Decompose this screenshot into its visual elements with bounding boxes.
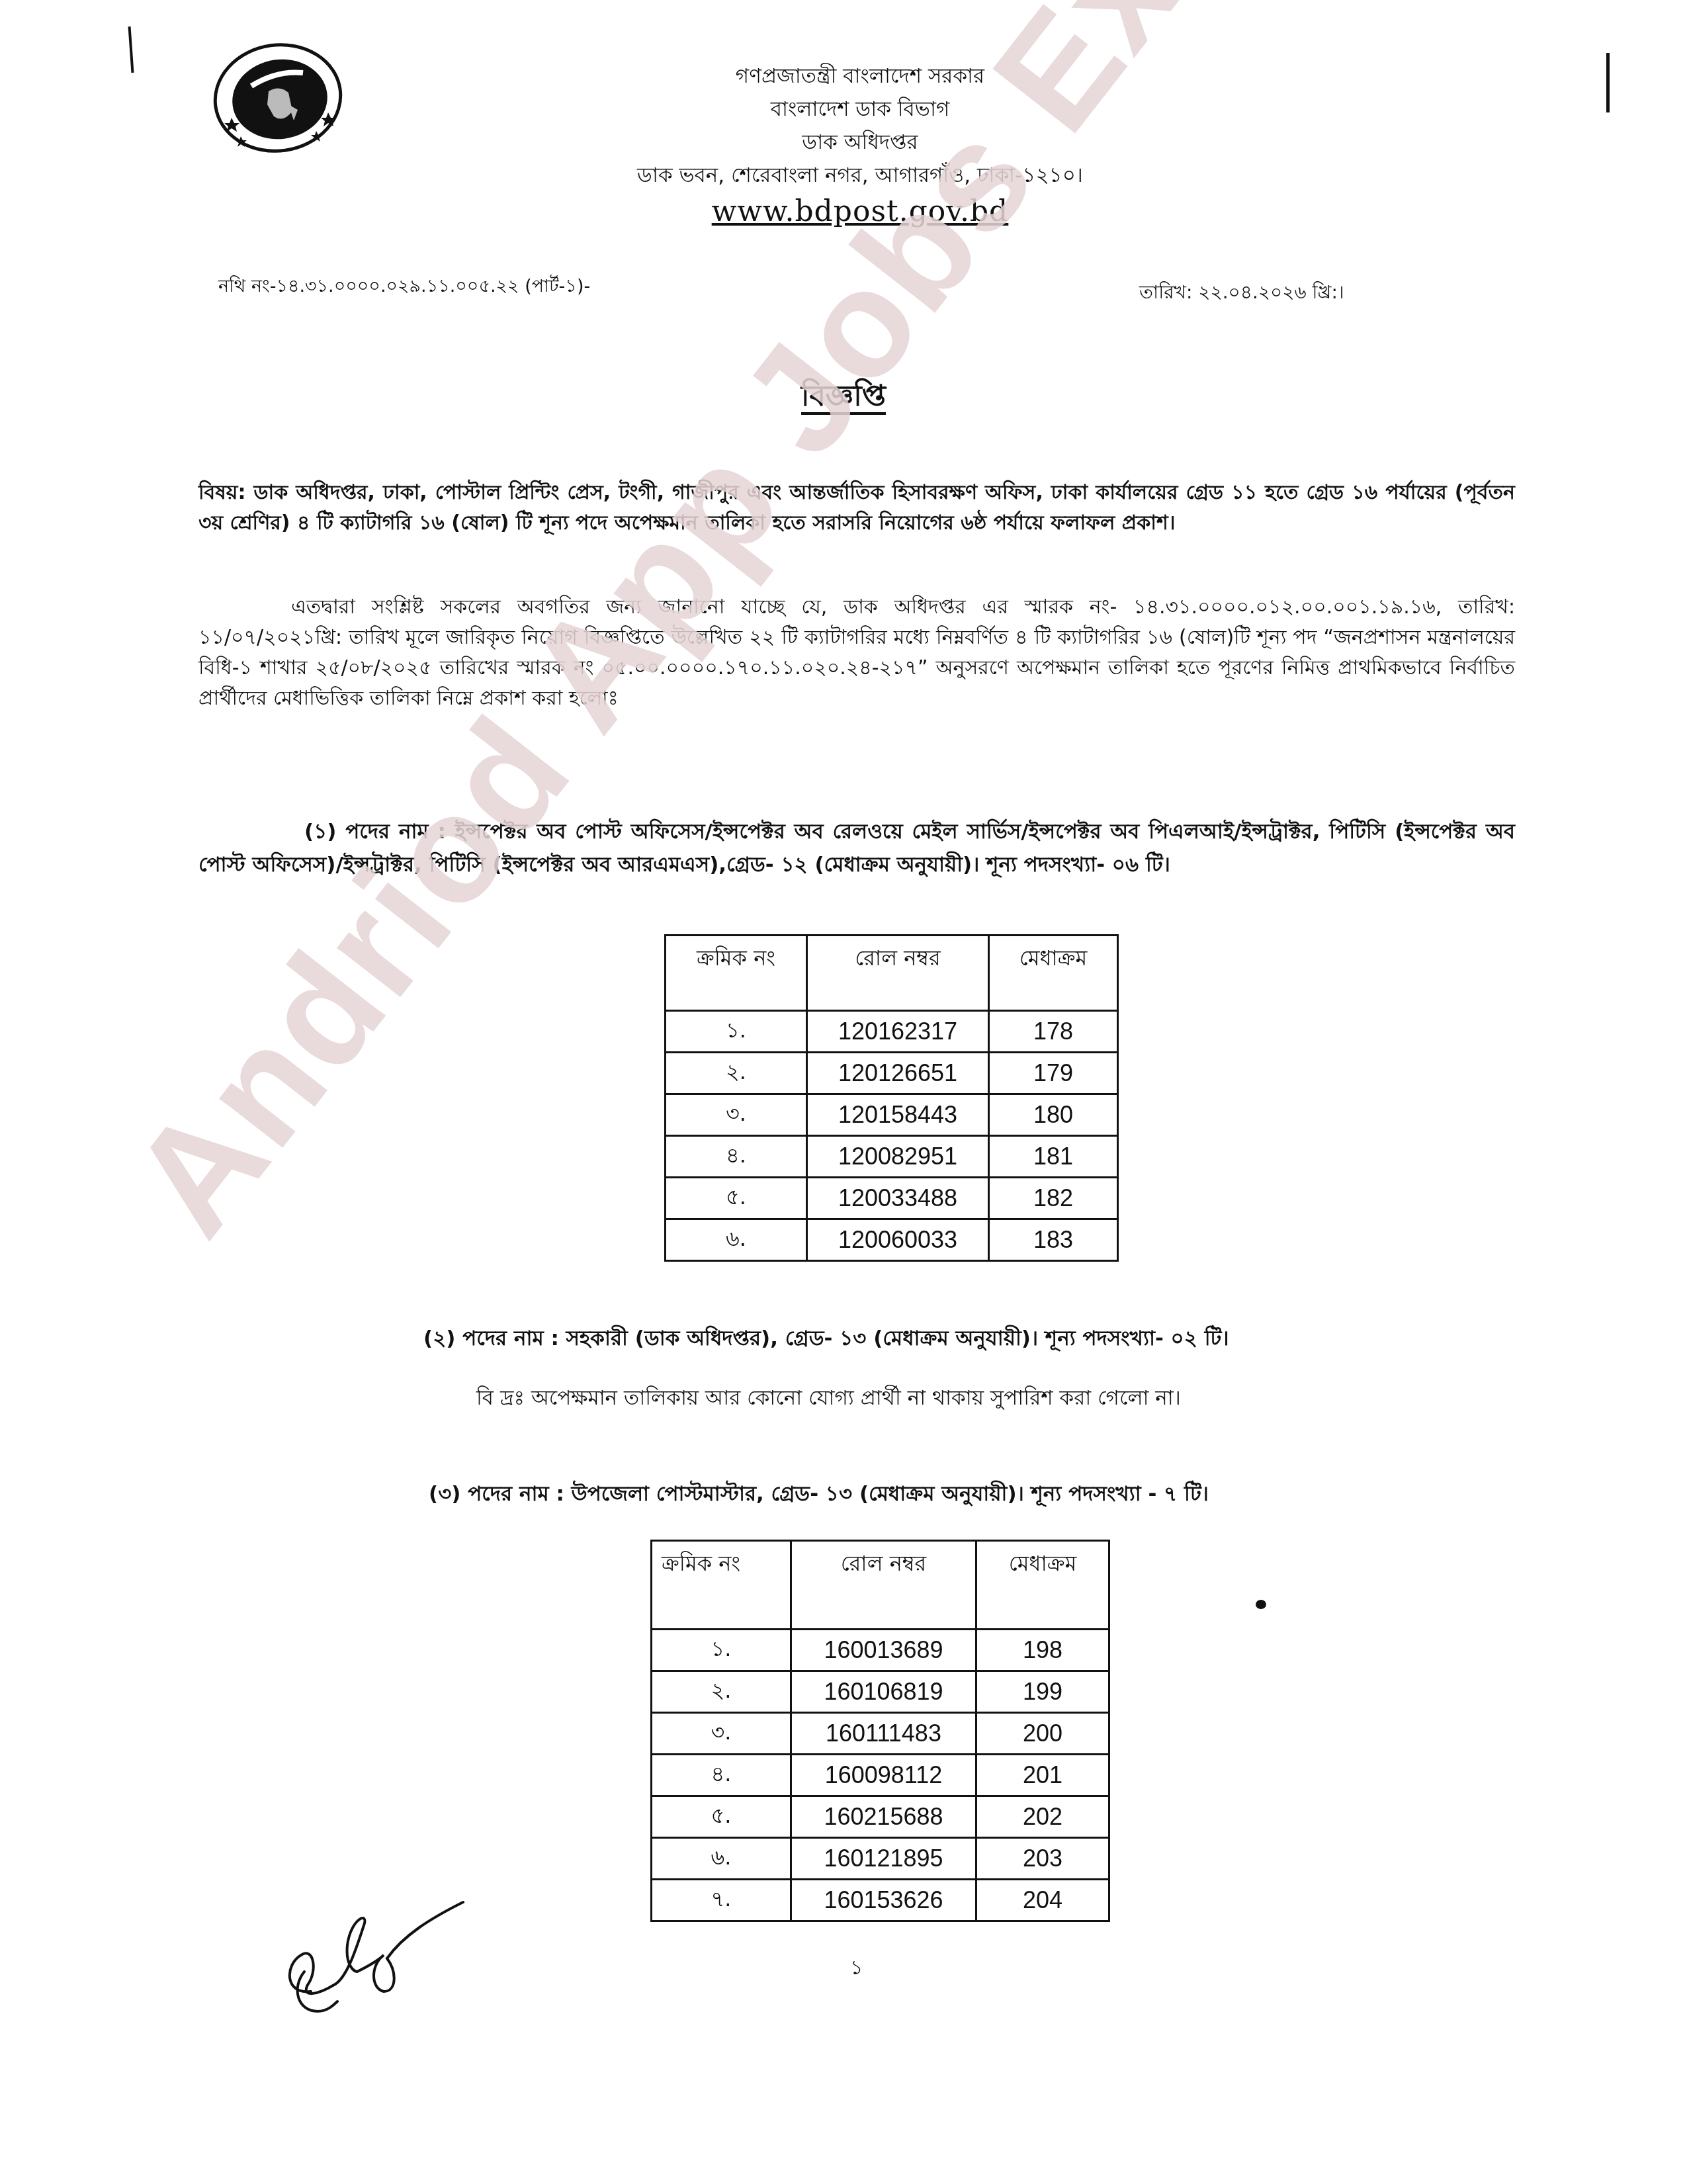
department-name: বাংলাদেশ ডাক বিভাগ [595,93,1125,126]
office-address: ডাক ভবন, শেরেবাংলা নগর, আগারগাঁও, ঢাকা-১… [595,159,1125,192]
serial-cell: ৪. [652,1755,791,1796]
notice-date: তারিখ: ২২.০৪.২০২৬ খ্রি:। [1139,278,1344,309]
serial-cell: ৬. [652,1838,791,1880]
column-header-merit: মেধাক্রম [989,936,1118,1011]
merit-cell: 203 [976,1838,1109,1880]
table-row: ৪.160098112201 [652,1755,1109,1796]
roll-cell: 120162317 [807,1011,989,1053]
serial-cell: ৩. [666,1094,807,1136]
merit-cell: 180 [989,1094,1118,1136]
scan-artifact [128,26,134,73]
directorate-name: ডাক অধিদপ্তর [595,126,1125,159]
ink-dot [1256,1600,1266,1609]
table-row: ২.120126651179 [666,1053,1118,1094]
table-row: ৪.120082951181 [666,1136,1118,1178]
roll-cell: 160013689 [791,1630,976,1671]
roll-cell: 160111483 [791,1713,976,1755]
merit-cell: 200 [976,1713,1109,1755]
post-3-heading: (৩) পদের নাম : উপজেলা পোস্টমাস্টার, গ্রে… [429,1477,1209,1510]
post-1-heading: (১) পদের নাম : ইন্সপেক্টর অব পোস্ট অফিসে… [198,815,1515,881]
merit-cell: 198 [976,1630,1109,1671]
page-number: ১ [850,1952,863,1986]
merit-cell: 181 [989,1136,1118,1178]
serial-cell: ৪. [666,1136,807,1178]
table-row: ৫.160215688202 [652,1796,1109,1838]
table-row: ২.160106819199 [652,1671,1109,1713]
roll-cell: 160106819 [791,1671,976,1713]
website-link[interactable]: www.bdpost.gov.bd [595,192,1125,232]
roll-cell: 160121895 [791,1838,976,1880]
scan-artifact [1606,53,1610,112]
table-row: ৩.160111483200 [652,1713,1109,1755]
post-2-heading: (২) পদের নাম : সহকারী (ডাক অধিদপ্তর), গ্… [423,1322,1229,1355]
merit-cell: 204 [976,1880,1109,1921]
table-row: ৬.120060033183 [666,1219,1118,1261]
roll-cell: 120126651 [807,1053,989,1094]
government-name: গণপ্রজাতন্ত্রী বাংলাদেশ সরকার [595,60,1125,93]
column-header-merit: মেধাক্রম [976,1541,1109,1630]
roll-cell: 120033488 [807,1178,989,1219]
roll-cell: 120158443 [807,1094,989,1136]
column-header-serial: ক্রমিক নং [666,936,807,1011]
table-row: ৩.120158443180 [666,1094,1118,1136]
table-row: ৫.120033488182 [666,1178,1118,1219]
notice-title-wrap: বিজ্ঞপ্তি [0,374,1687,422]
intro-paragraph: এতদ্বারা সংশ্লিষ্ট সকলের অবগতির জন্য জান… [198,592,1515,714]
merit-cell: 183 [989,1219,1118,1261]
bangladesh-post-seal-icon [210,38,346,154]
column-header-roll: রোল নম্বর [807,936,989,1011]
merit-cell: 201 [976,1755,1109,1796]
roll-cell: 160098112 [791,1755,976,1796]
memo-number: নথি নং-১৪.৩১.০০০০.০২৯.১১.০০৫.২২ (পার্ট-১… [218,273,590,302]
merit-cell: 202 [976,1796,1109,1838]
column-header-roll: রোল নম্বর [791,1541,976,1630]
roll-cell: 120060033 [807,1219,989,1261]
letterhead: গণপ্রজাতন্ত্রী বাংলাদেশ সরকার বাংলাদেশ ড… [595,60,1125,232]
serial-cell: ৩. [652,1713,791,1755]
merit-cell: 199 [976,1671,1109,1713]
serial-cell: ৭. [652,1880,791,1921]
table-row: ৭.160153626204 [652,1880,1109,1921]
table-header-row: ক্রমিক নং রোল নম্বর মেধাক্রম [666,936,1118,1011]
post-1-result-table: ক্রমিক নং রোল নম্বর মেধাক্রম ১.120162317… [664,934,1119,1262]
column-header-serial: ক্রমিক নং [652,1541,791,1630]
table-header-row: ক্রমিক নং রোল নম্বর মেধাক্রম [652,1541,1109,1630]
serial-cell: ৫. [652,1796,791,1838]
serial-cell: ৬. [666,1219,807,1261]
serial-cell: ৫. [666,1178,807,1219]
post-3-result-table: ক্রমিক নং রোল নম্বর মেধাক্রম ১.160013689… [650,1540,1110,1922]
serial-cell: ১. [666,1011,807,1053]
merit-cell: 178 [989,1011,1118,1053]
subject-paragraph: বিষয়: ডাক অধিদপ্তর, ঢাকা, পোস্টাল প্রিন… [198,478,1515,539]
serial-cell: ১. [652,1630,791,1671]
serial-cell: ২. [666,1053,807,1094]
roll-cell: 160153626 [791,1880,976,1921]
merit-cell: 179 [989,1053,1118,1094]
serial-cell: ২. [652,1671,791,1713]
signature-icon [271,1872,483,2031]
notice-title: বিজ্ঞপ্তি [801,379,886,413]
merit-cell: 182 [989,1178,1118,1219]
roll-cell: 160215688 [791,1796,976,1838]
notice-page: গণপ্রজাতন্ত্রী বাংলাদেশ সরকার বাংলাদেশ ড… [0,0,1687,2184]
post-2-note: বি দ্রঃ অপেক্ষমান তালিকায় আর কোনো যোগ্য… [476,1381,1181,1415]
table-row: ১.160013689198 [652,1630,1109,1671]
roll-cell: 120082951 [807,1136,989,1178]
table-row: ৬.160121895203 [652,1838,1109,1880]
table-row: ১.120162317178 [666,1011,1118,1053]
